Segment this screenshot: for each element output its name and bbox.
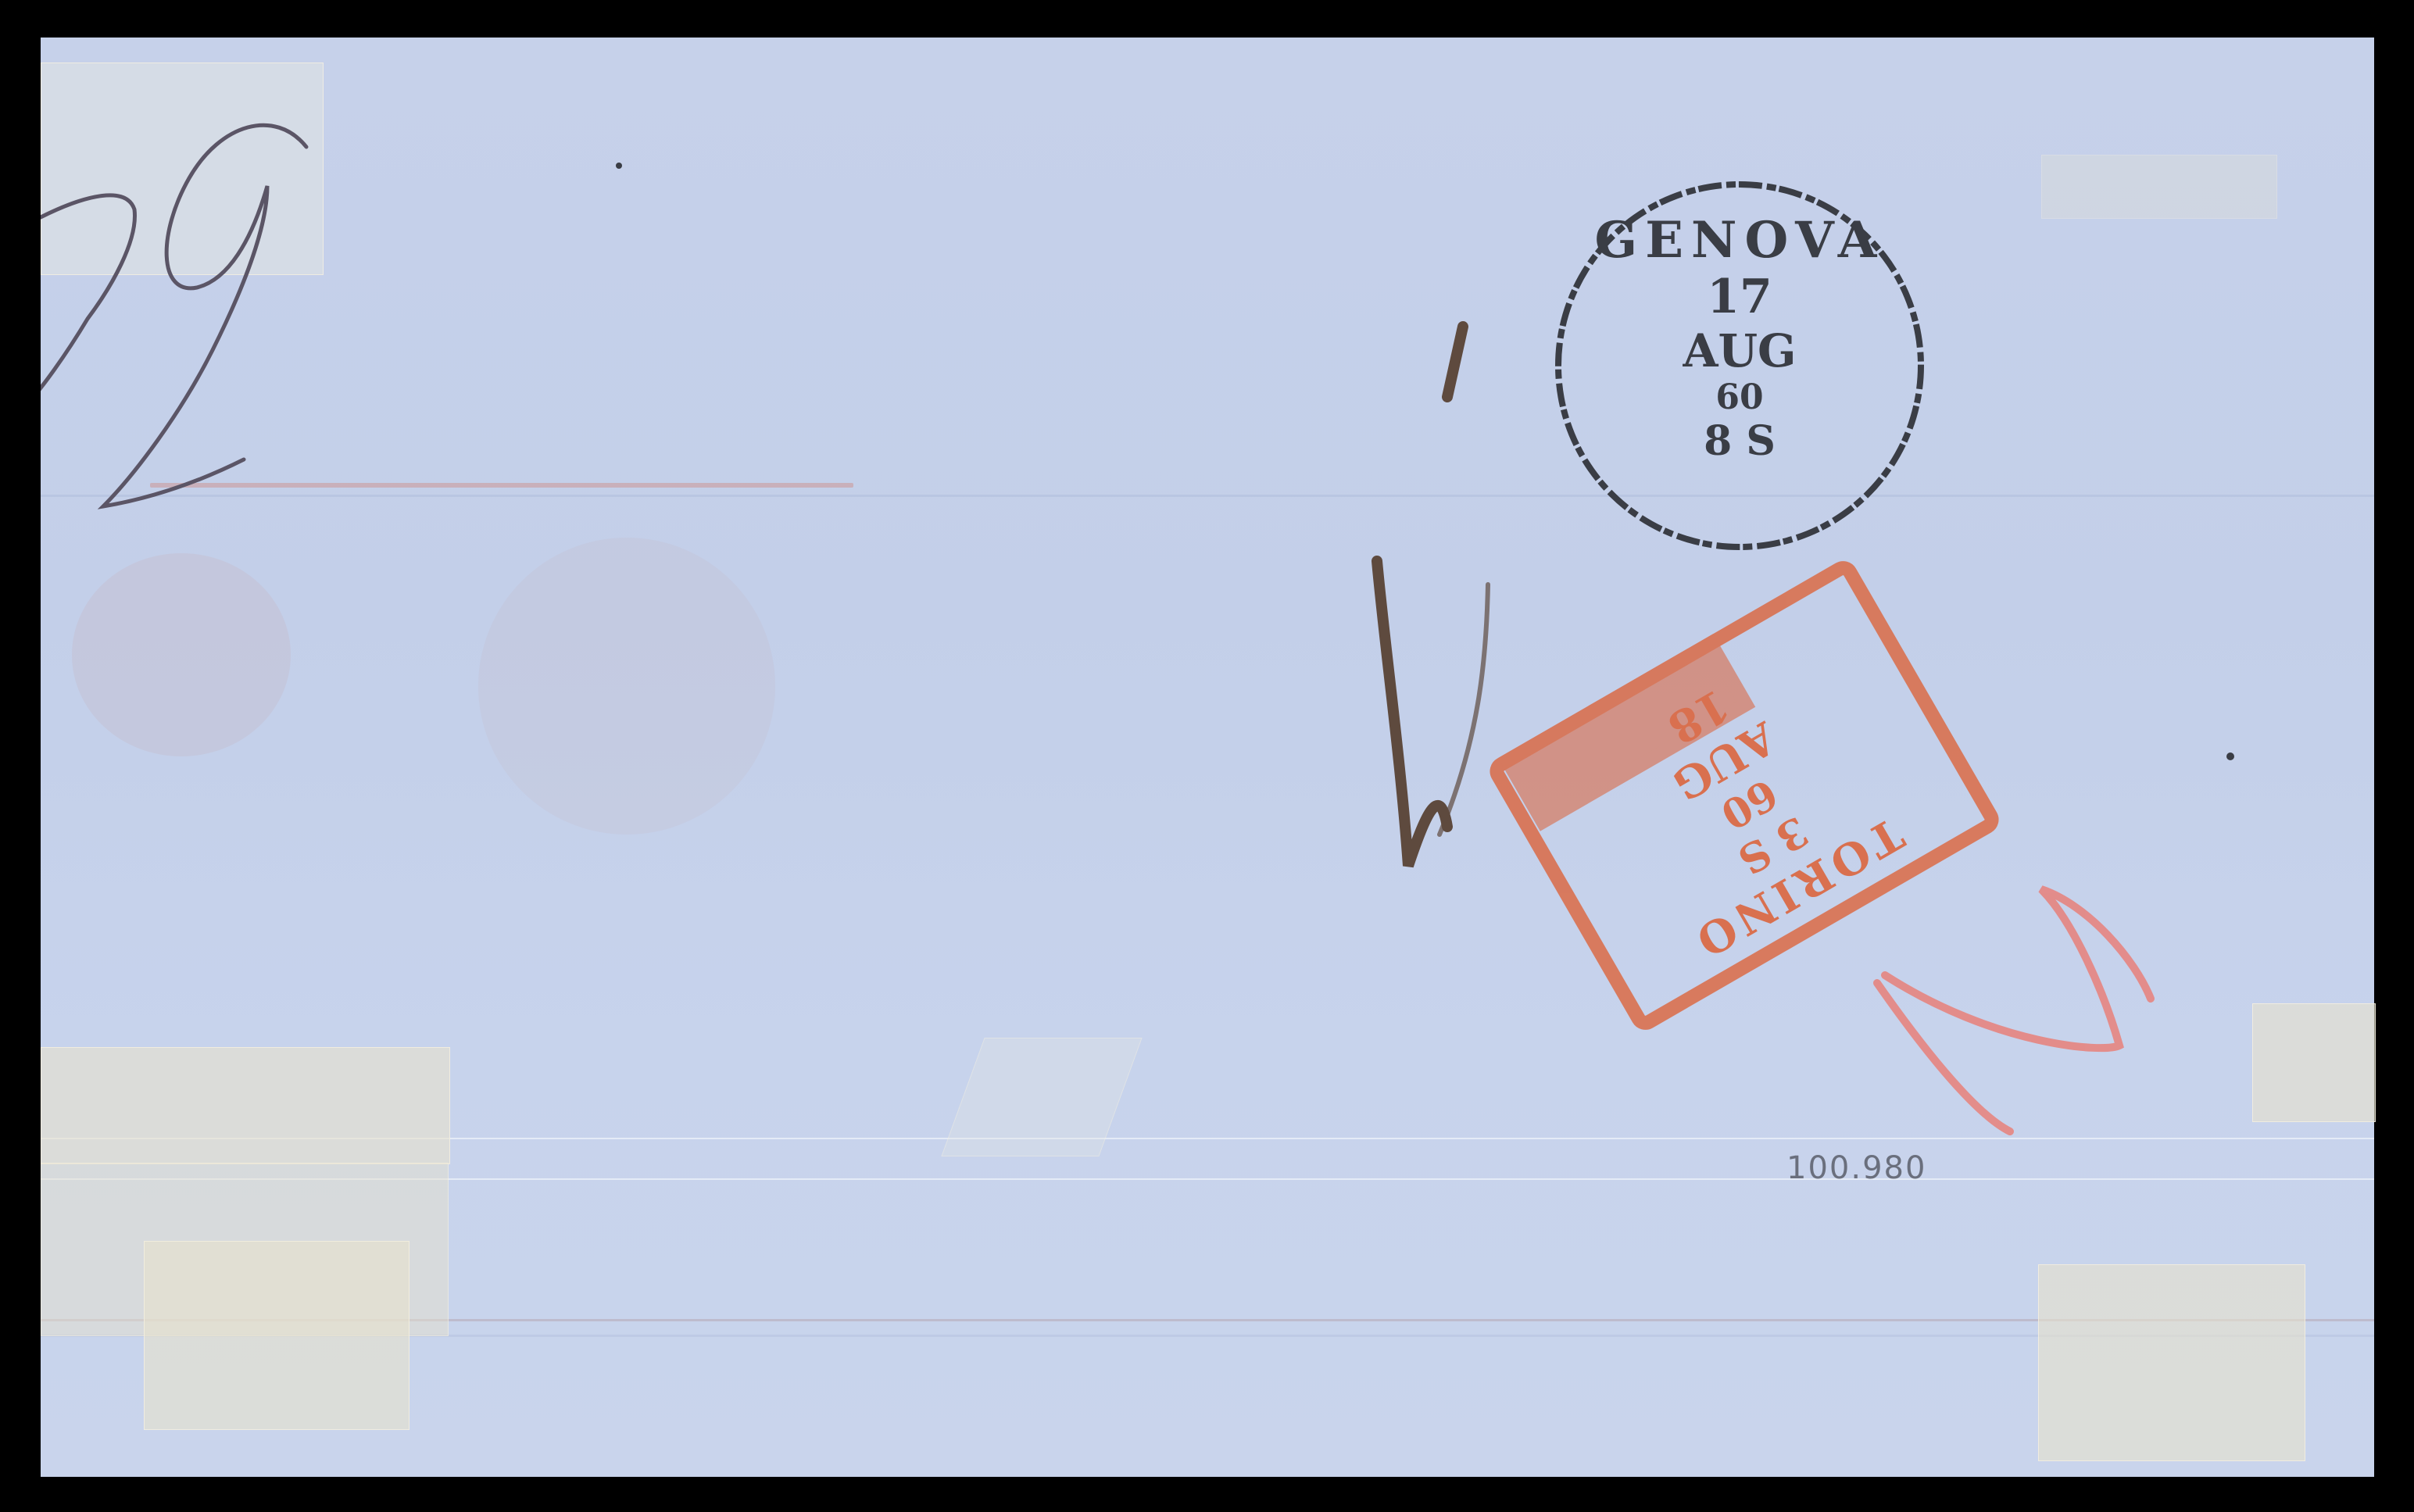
crayon-mark bbox=[1877, 889, 2151, 1131]
pencil-note: 100.980 bbox=[1786, 1150, 1926, 1186]
postal-cover: GENOVA 17 AUG 60 8 S TORINO 3 S 60 AUG 1… bbox=[41, 38, 2374, 1477]
postmark-time: 8 S bbox=[1558, 417, 1921, 465]
postmark-month: AUG bbox=[1558, 324, 1921, 377]
manuscript-numeral bbox=[41, 125, 306, 506]
markings-layer bbox=[41, 38, 2374, 1477]
ink-dot bbox=[616, 163, 622, 169]
postmark-year: 60 bbox=[1558, 377, 1921, 417]
postmark-town: GENOVA bbox=[1558, 211, 1921, 270]
postmark-day: 17 bbox=[1558, 270, 1921, 324]
manuscript-stroke bbox=[1377, 327, 1488, 866]
genova-postmark-text: GENOVA 17 AUG 60 8 S bbox=[1558, 183, 1921, 545]
ink-dot bbox=[2226, 752, 2234, 760]
